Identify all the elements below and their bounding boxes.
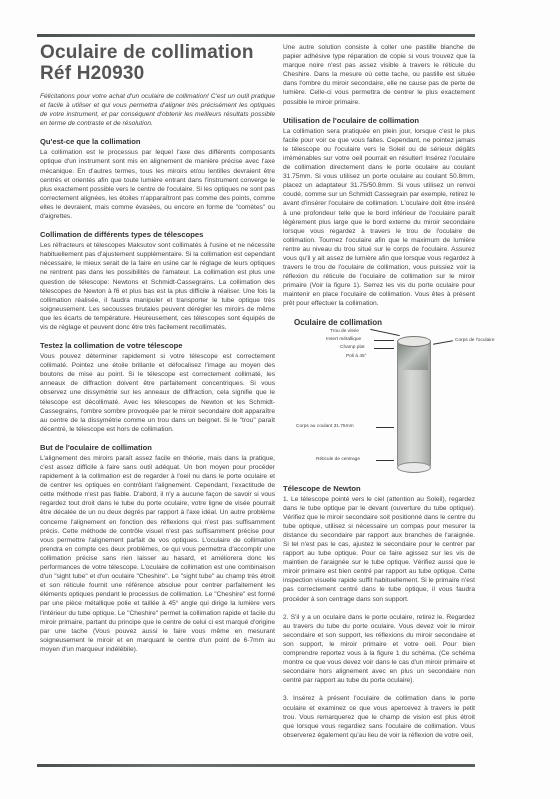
label-crosshair: Réticule de centrage xyxy=(316,457,360,462)
right-column: Une autre solution consiste à coller une… xyxy=(280,40,475,749)
leader-line xyxy=(374,348,394,349)
label-polished-45: Poli à 45° xyxy=(346,354,367,359)
title-line-2: Réf H20930 xyxy=(40,63,275,84)
title-line-1: Oculaire de collimation xyxy=(40,42,275,63)
intro-paragraph: Félicitations pour votre achat d'un ocul… xyxy=(40,92,275,128)
section-heading-what-is-collimation: Qu'est-ce que la collimation xyxy=(40,137,275,147)
document-title: Oculaire de collimation Réf H20930 xyxy=(40,42,275,84)
section-heading-test-collimation: Testez la collimation de votre télescope xyxy=(40,341,275,351)
left-column: Oculaire de collimation Réf H20930 Félic… xyxy=(37,40,275,663)
newton-step-1: 1. Le télescope pointé vers le ciel (att… xyxy=(283,495,475,604)
leader-line xyxy=(433,340,453,344)
section-body-telescope-types: Les réfracteurs et télescopes Maksutov s… xyxy=(40,241,275,332)
leader-line xyxy=(376,460,394,461)
leader-line xyxy=(374,340,394,341)
section-heading-usage: Utilisation de l'oculaire de collimation xyxy=(283,116,475,126)
leader-line xyxy=(376,427,394,428)
section-body-purpose: L'alignement des miroirs paraît assez fa… xyxy=(40,454,275,654)
section-heading-telescope-types: Collimation de différents types de téles… xyxy=(40,230,275,240)
section-heading-purpose: But de l'oculaire de collimation xyxy=(40,443,275,453)
leader-line xyxy=(370,328,400,335)
right-intro-paragraph: Une autre solution consiste à coller une… xyxy=(283,43,475,107)
section-body-test-collimation: Vous pouvez déterminer rapidement si vot… xyxy=(40,352,275,434)
top-rule xyxy=(37,34,475,37)
label-sight-hole: Trou de visée xyxy=(330,329,359,334)
section-heading-newton: Télescope de Newton xyxy=(283,484,475,494)
newton-step-2: 2. S'il y a un oculaire dans le porte oc… xyxy=(283,613,475,686)
section-body-usage: La collimation sera pratiquée en plein j… xyxy=(283,127,475,309)
label-flat-field: Champ plat xyxy=(340,345,365,350)
figure-title: Oculaire de collimation xyxy=(294,318,382,327)
eyepiece-figure: Oculaire de collimation Trou de visée In… xyxy=(280,318,475,478)
label-barrel: Corps au coulant 31.75mm xyxy=(296,424,354,429)
newton-step-3: 3. Insérez à présent l'oculaire de colli… xyxy=(283,694,475,739)
label-metal-insert: Insert métallique xyxy=(326,337,361,342)
eyepiece-top-illustration xyxy=(397,336,431,347)
eyepiece-insert-illustration xyxy=(398,344,428,370)
eyepiece-bottom-illustration xyxy=(397,462,431,473)
label-eyepiece-body: Corps de l'oculaire xyxy=(455,338,495,343)
bottom-rule xyxy=(37,764,475,767)
section-body-what-is-collimation: La collimation est le processus par lequ… xyxy=(40,148,275,221)
